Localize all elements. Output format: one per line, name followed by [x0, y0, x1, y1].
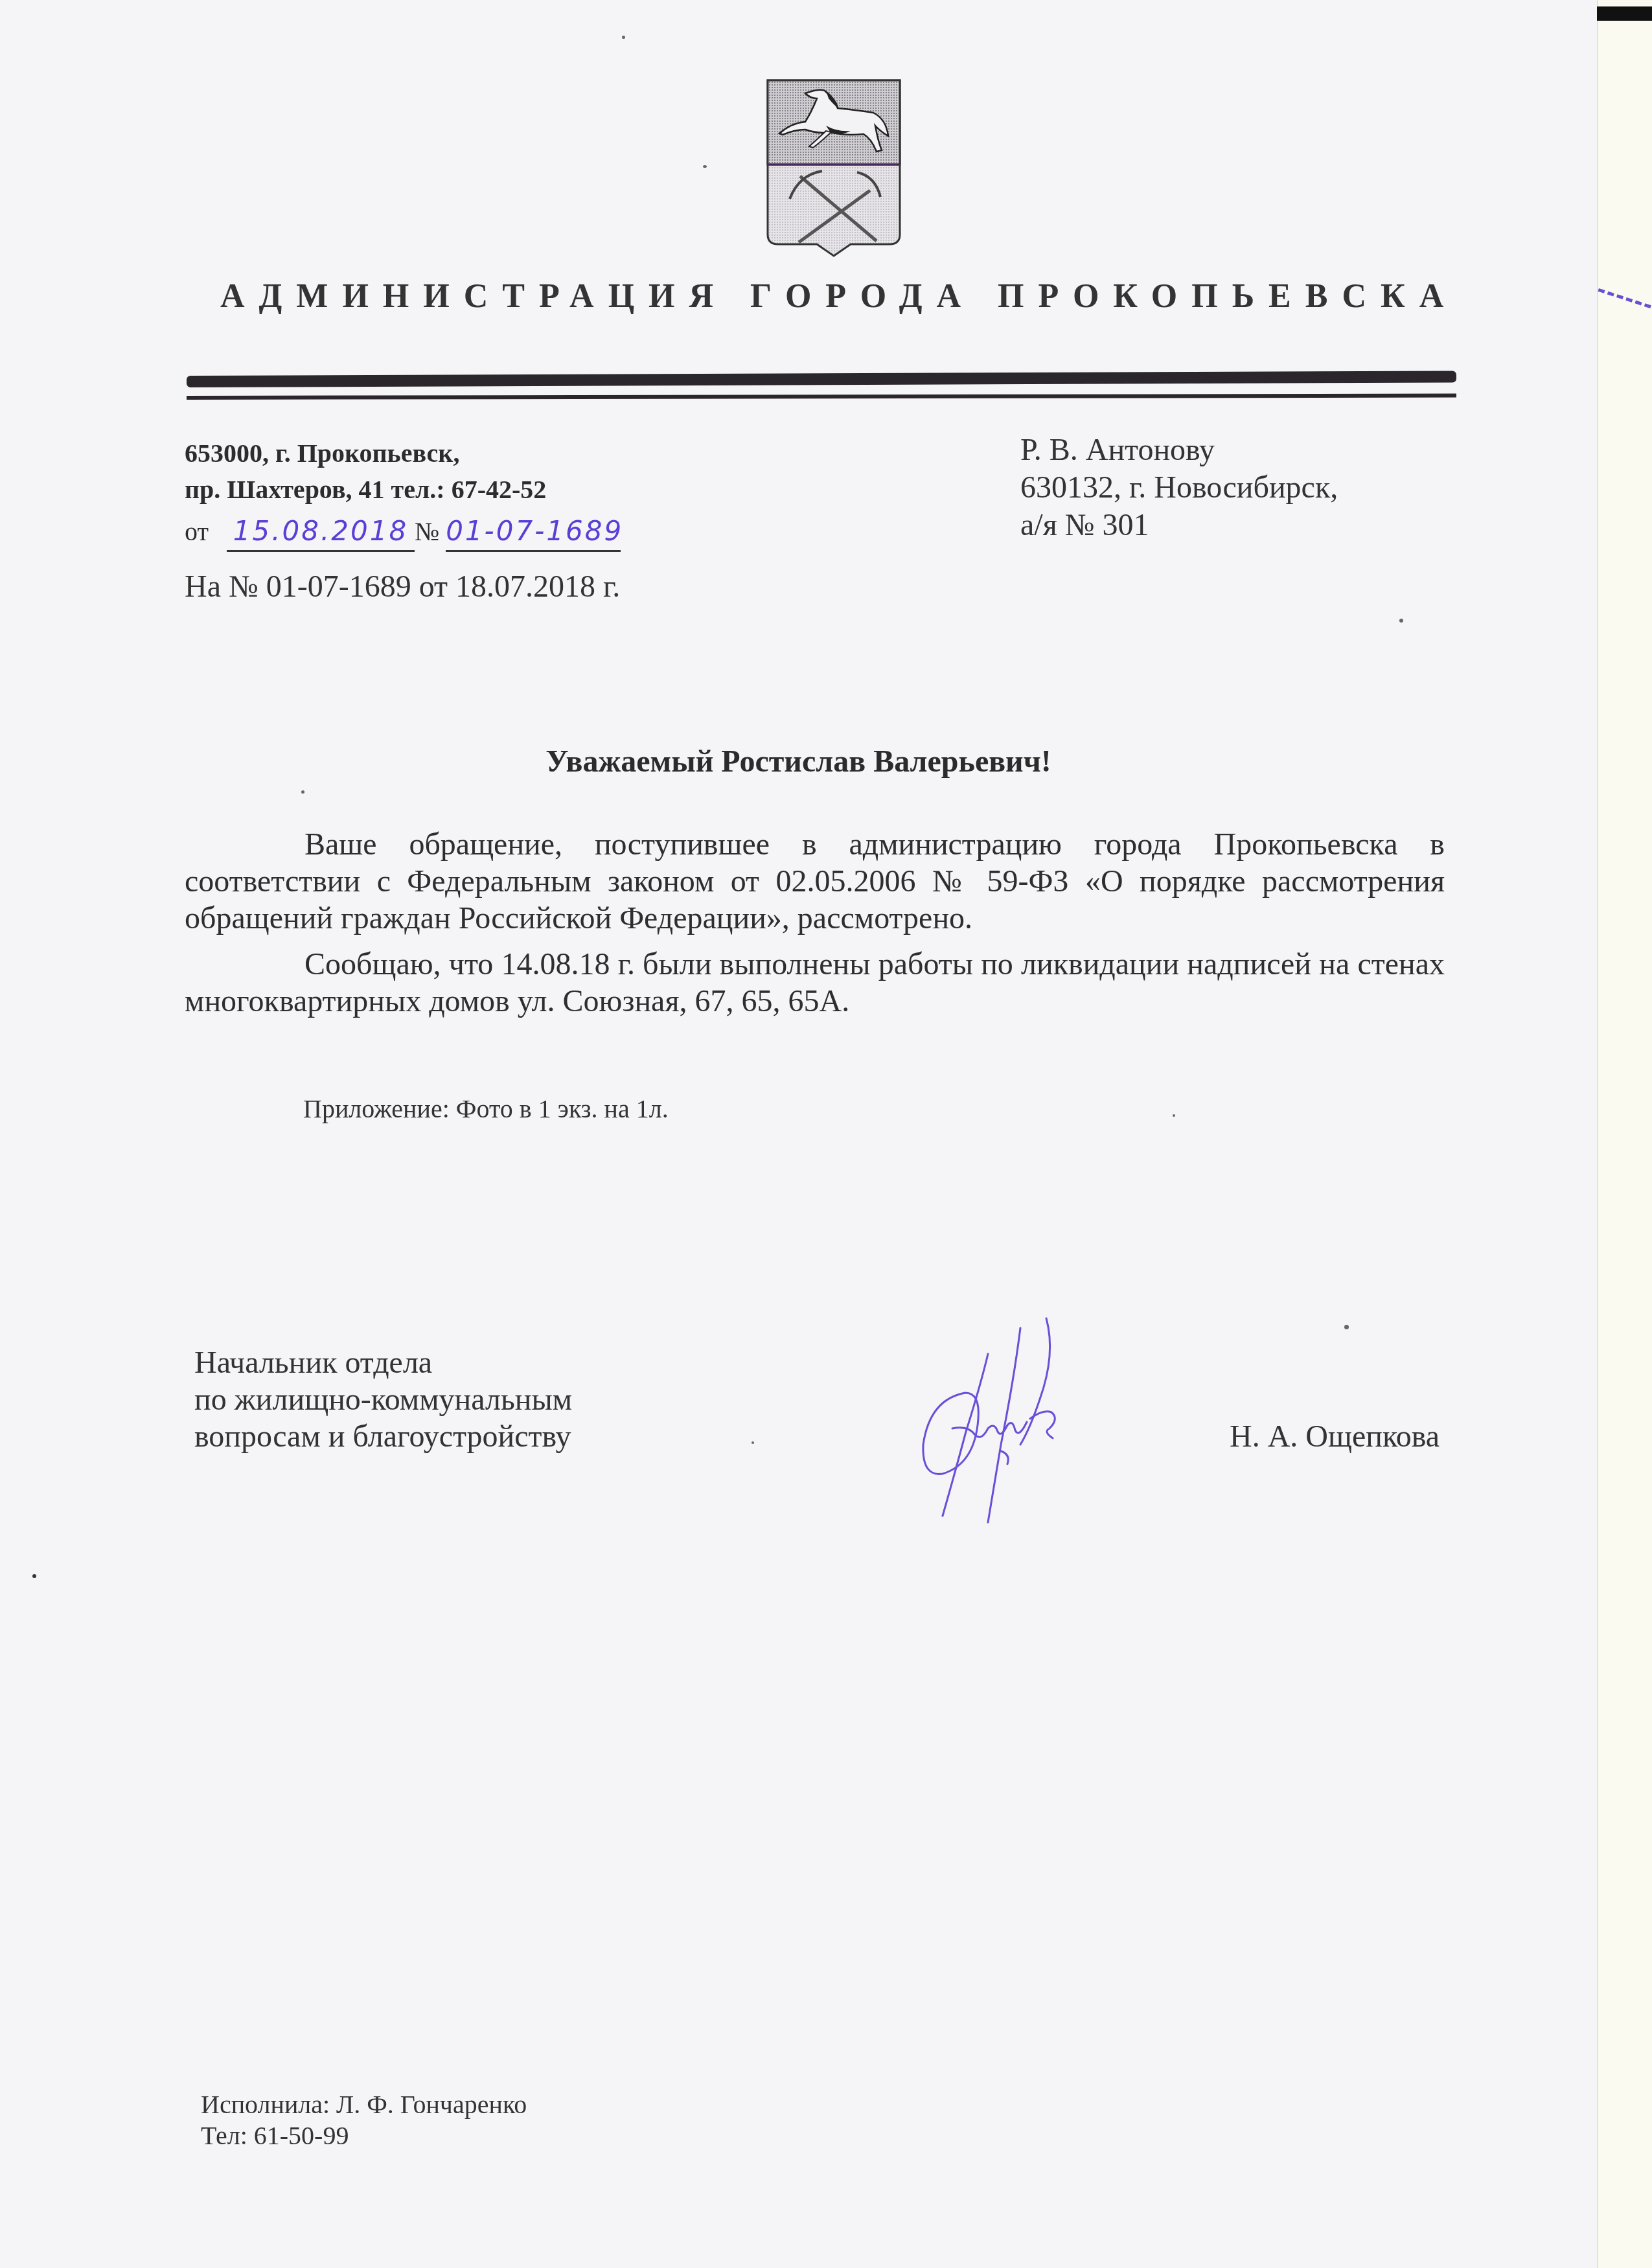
handwritten-reg-number: 01-07-1689	[446, 515, 623, 547]
scan-speck	[1173, 1114, 1175, 1117]
recipient-po-box: а/я № 301	[1020, 507, 1338, 544]
recipient-city: 630132, г. Новосибирск,	[1020, 469, 1338, 507]
sender-address-line2: пр. Шахтеров, 41 тел.: 67-42-52	[185, 472, 546, 508]
signer-position: Начальник отдела по жилищно-коммунальным…	[194, 1344, 572, 1455]
signer-name: Н. А. Ощепкова	[1230, 1419, 1440, 1454]
scan-speck	[703, 165, 707, 168]
sender-address: 653000, г. Прокопьевск, пр. Шахтеров, 41…	[185, 435, 546, 508]
reg-number-sign: №	[415, 517, 439, 546]
executor-block: Исполнила: Л. Ф. Гончаренко Тел: 61-50-9…	[201, 2089, 527, 2151]
attachment-note: Приложение: Фото в 1 экз. на 1л.	[303, 1094, 669, 1124]
scan-speck	[1399, 619, 1403, 623]
body-paragraph: Ваше обращение, поступившее в администра…	[185, 826, 1445, 937]
handwritten-reg-date: 15.08.2018	[233, 515, 408, 547]
reg-prefix: от	[185, 517, 209, 546]
position-line: вопросам и благоустройству	[194, 1418, 572, 1455]
prokopyevsk-coat-of-arms-icon	[766, 79, 901, 257]
executor-name: Исполнила: Л. Ф. Гончаренко	[201, 2089, 527, 2120]
organization-title: АДМИНИСТРАЦИЯ ГОРОДА ПРОКОПЬЕВСКА	[220, 277, 1445, 315]
scan-speck	[1344, 1325, 1349, 1329]
letter-page	[0, 0, 1597, 2268]
recipient-name: Р. В. Антонову	[1020, 431, 1338, 469]
scan-speck	[301, 790, 304, 794]
position-line: Начальник отдела	[194, 1344, 572, 1381]
scan-speck	[622, 36, 625, 39]
body-paragraph: Сообщаю, что 14.08.18 г. были выполнены …	[185, 946, 1445, 1020]
registration-line: от 15.08.2018 № 01-07-1689	[185, 513, 621, 552]
scan-speck	[32, 1574, 36, 1578]
scan-edge-dark-bar	[1597, 6, 1652, 21]
reply-reference: На № 01-07-1689 от 18.07.2018 г.	[185, 569, 620, 604]
scan-speck	[751, 1441, 754, 1444]
salutation: Уважаемый Ростислав Валерьевич!	[0, 744, 1597, 779]
executor-phone: Тел: 61-50-99	[201, 2120, 527, 2151]
handwritten-signature-icon	[904, 1315, 1163, 1529]
recipient-block: Р. В. Антонову 630132, г. Новосибирск, а…	[1020, 431, 1338, 544]
position-line: по жилищно-коммунальным	[194, 1381, 572, 1418]
letter-body: Ваше обращение, поступившее в администра…	[185, 826, 1445, 1029]
sender-address-line1: 653000, г. Прокопьевск,	[185, 435, 546, 472]
scan-edge-strip	[1597, 0, 1652, 2268]
